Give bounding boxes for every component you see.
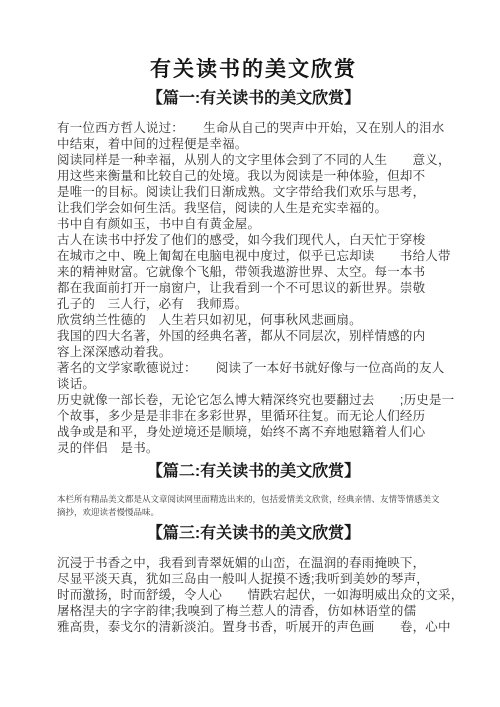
body-text-line: 沉浸于书香之中，我看到青翠妩媚的山峦，在温润的春雨掩映下， <box>57 555 450 571</box>
body-text-line: 在城市之中、晚上匍匐在电脑电视中度过，似乎已忘却读 书给人带 <box>57 248 450 264</box>
body-text-line: 容上深深感动着我。 <box>57 344 450 360</box>
section-three-heading: 【篇三:有关读书的美文欣赏】 <box>57 523 450 544</box>
body-text-line: 雅高贵，泰戈尔的清新淡泊。置身书香，听展开的声色画 卷，心中 <box>57 619 450 635</box>
body-text-line: 孔子的 三人行，必有 我师焉。 <box>57 296 450 312</box>
body-text-line: 是唯一的目标。阅读让我们日渐成熟。文字带给我们欢乐与思考， <box>57 184 450 200</box>
body-text-line: 让我们学会如何生活。我坚信，阅读的人生是充实幸福的。 <box>57 200 450 216</box>
note-text-line: 本栏所有精品美文都是从文章阅读网里面精选出来的，包括爱情美文欣赏，经典亲情、友情… <box>57 493 450 506</box>
section-one: 【篇一:有关读书的美文欣赏】 有一位西方哲人说过： 生命从自己的哭声中开始，又在… <box>57 88 450 456</box>
section-two: 【篇二:有关读书的美文欣赏】 本栏所有精品美文都是从文章阅读网里面精选出来的，包… <box>57 461 450 518</box>
body-text-line: 欣赏纳兰性德的 人生若只如初见，何事秋风悲画扇。 <box>57 312 450 328</box>
body-text-line: 屠格涅夫的字字韵律;我嗅到了梅兰惹人的清香，仿如林语堂的儒 <box>57 603 450 619</box>
body-text-line: 阅读同样是一种幸福，从别人的文字里体会到了不同的人生 意义， <box>57 152 450 168</box>
body-text-line: 来的精神财富。它就像个飞船，带领我遨游世界、太空。每一本书 <box>57 264 450 280</box>
document-title: 有关读书的美文欣赏 <box>57 56 450 83</box>
body-text-line: 战争或是和平，身处逆境还是顺境，始终不离不弃地慰籍着人们心 <box>57 424 450 440</box>
body-text-line: 灵的伴侣 是书。 <box>57 440 450 456</box>
section-one-body: 有一位西方哲人说过： 生命从自己的哭声中开始，又在别人的泪水中结束，着中间的过程… <box>57 120 450 456</box>
body-text-line: 我国的四大名著，外国的经典名著，都从不同层次，别样情感的内 <box>57 328 450 344</box>
note-text-line: 摘抄，欢迎读者慢慢品味。 <box>57 506 450 519</box>
body-text-line: 用这些来衡量和比较自己的处境。我以为阅读是一种体验，但却不 <box>57 168 450 184</box>
body-text-line: 都在我面前打开一扇窗户，让我看到一个不可思议的新世界。崇敬 <box>57 280 450 296</box>
body-text-line: 尽显平淡天真，犹如三岛由一般叫人捉摸不透;我听到美妙的琴声， <box>57 571 450 587</box>
section-two-note: 本栏所有精品美文都是从文章阅读网里面精选出来的，包括爱情美文欣赏，经典亲情、友情… <box>57 493 450 518</box>
body-text-line: 时而激扬，时而舒缓，令人心 情跌宕起伏，一如海明威出众的文采， <box>57 587 450 603</box>
body-text-line: 著名的文学家歌德说过： 阅读了一本好书就好像与一位高尚的友人 <box>57 360 450 376</box>
body-text-line: 中结束，着中间的过程便是幸福。 <box>57 136 450 152</box>
body-text-line: 有一位西方哲人说过： 生命从自己的哭声中开始，又在别人的泪水 <box>57 120 450 136</box>
body-text-line: 个故事，多少是是非非在多彩世界，里循环往复。而无论人们经历 <box>57 408 450 424</box>
section-three-body: 沉浸于书香之中，我看到青翠妩媚的山峦，在温润的春雨掩映下，尽显平淡天真，犹如三岛… <box>57 555 450 635</box>
section-one-heading: 【篇一:有关读书的美文欣赏】 <box>57 88 450 109</box>
body-text-line: 古人在读书中抒发了他们的感受，如今我们现代人，白天忙于穿梭 <box>57 232 450 248</box>
body-text-line: 历史就像一部长卷，无论它怎么博大精深终究也要翻过去 ;历史是一 <box>57 392 450 408</box>
document-page: 有关读书的美文欣赏 【篇一:有关读书的美文欣赏】 有一位西方哲人说过： 生命从自… <box>0 0 500 707</box>
body-text-line: 谈话。 <box>57 376 450 392</box>
body-text-line: 书中自有颜如玉，书中自有黄金屋。 <box>57 216 450 232</box>
section-two-heading: 【篇二:有关读书的美文欣赏】 <box>57 461 450 482</box>
section-three: 【篇三:有关读书的美文欣赏】 沉浸于书香之中，我看到青翠妩媚的山峦，在温润的春雨… <box>57 523 450 635</box>
